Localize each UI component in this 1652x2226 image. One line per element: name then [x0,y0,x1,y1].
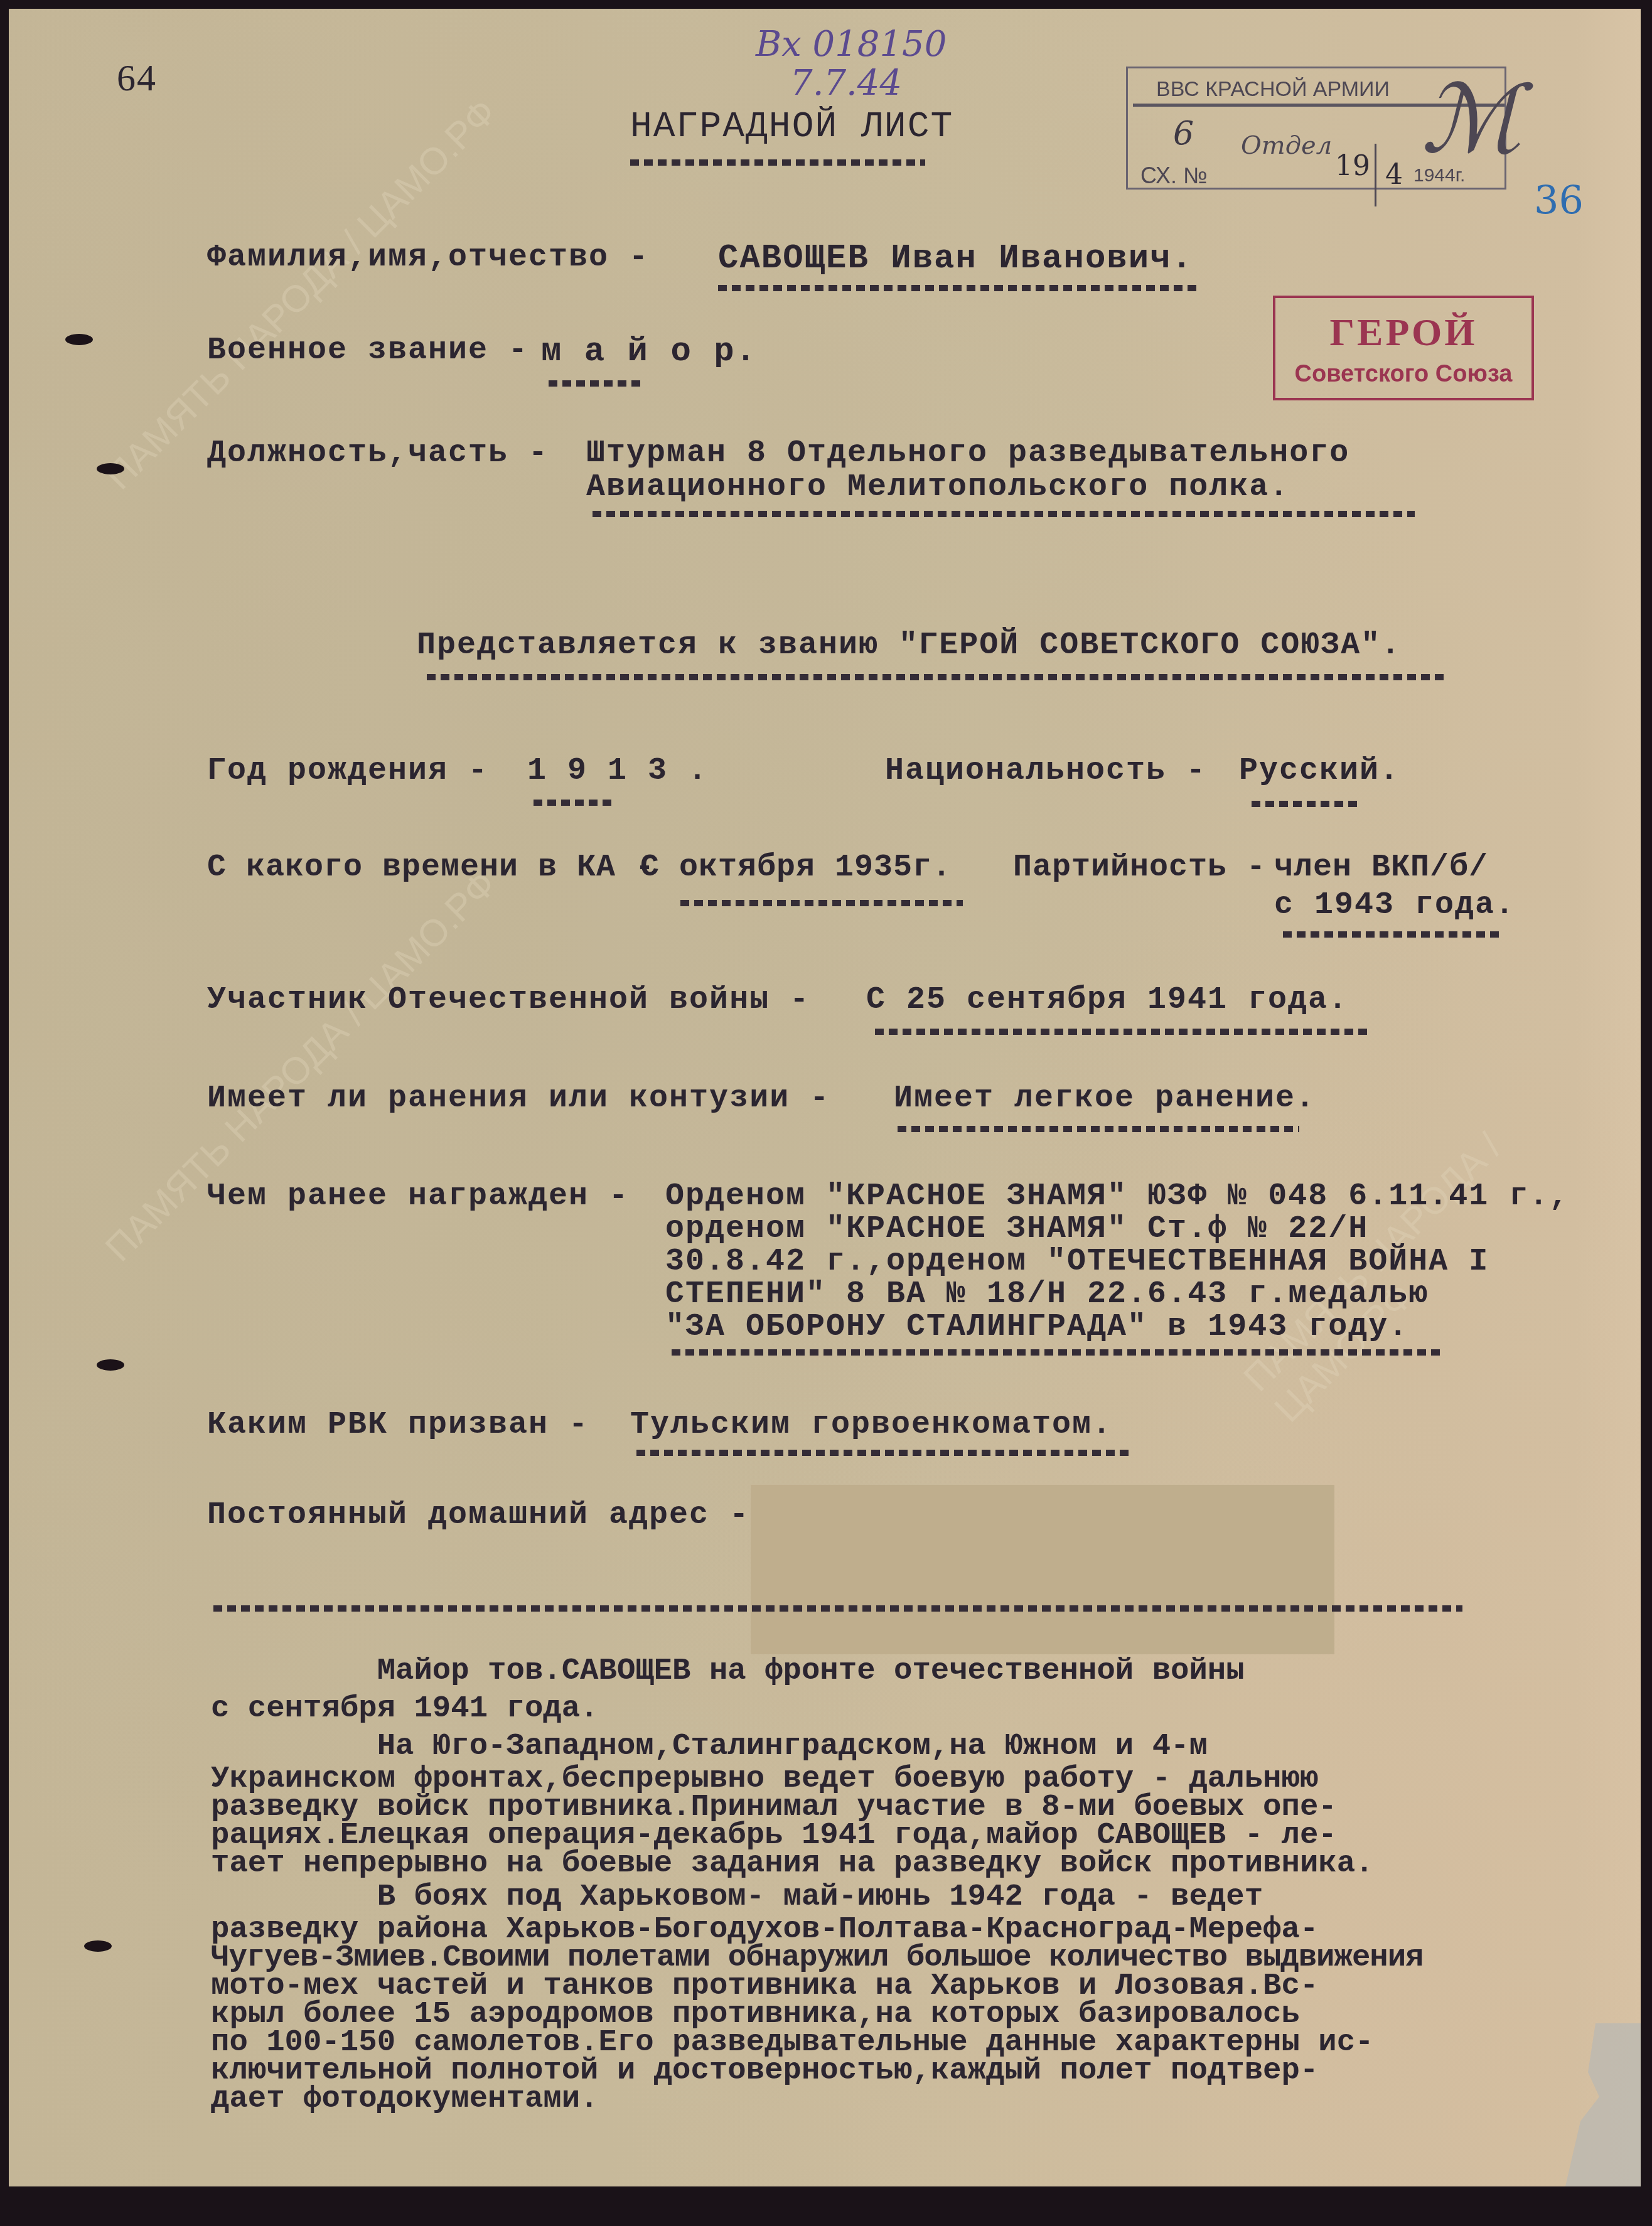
wounds-label: Имеет ли ранения или контузии - [207,1083,830,1115]
underline [213,1605,1462,1612]
narrative: Майор тов.САВОЩЕВ на фронте отечественно… [211,1652,1652,2113]
underline [1283,931,1503,938]
service-since-label: С какого времени в КА - [207,852,655,884]
underline [593,511,1415,517]
handwritten-signature: ℳ [1421,65,1521,174]
party-value: член ВКП/б/ [1274,852,1488,884]
awards-label: Чем ранее награжден - [207,1181,629,1212]
war-participant-label: Участник Отечественной войны - [207,985,810,1016]
narrative-line: дает фотодокументами. [211,2085,1652,2113]
underline [534,800,615,806]
underline [718,285,1201,291]
award-line: 30.8.42 г.,орденом "ОТЕЧЕСТВЕННАЯ ВОЙНА … [665,1246,1569,1279]
underline [680,900,963,906]
address-label: Постоянный домашний адрес - [207,1500,749,1531]
hero-stamp: ГЕРОЙ Советского Союза [1273,296,1534,400]
narrative-line: На Юго-Западном,Сталинградском,на Южном … [211,1727,1652,1765]
field-label-name: Фамилия,имя,отчество - [207,242,649,274]
draft-label: Каким РВК призван - [207,1410,589,1441]
page-number: 64 [117,59,157,97]
nationality-label: Национальность - [885,756,1206,787]
punch-hole [65,334,93,345]
document-title: НАГРАДНОЙ ЛИСТ [630,109,953,146]
stamp-incoming-label: СХ. № [1140,163,1208,189]
underline [875,1029,1371,1035]
stamp-date-divider [1375,144,1376,206]
narrative-line: тает непрерывно на боевые задания на раз… [211,1849,1652,1878]
party-label: Партийность - [1013,852,1266,884]
underline [672,1349,1444,1356]
narrative-line: Майор тов.САВОЩЕВ на фронте отечественно… [211,1652,1652,1689]
punch-hole [84,1940,112,1952]
draft-value: Тульским горвоенкоматом. [630,1410,1112,1441]
stamp-department-label: Отдел [1241,131,1332,160]
incoming-number: Вх 018150 [756,24,947,65]
underline [636,1450,1132,1456]
hero-stamp-line2: Советского Союза [1275,361,1531,388]
birth-year-label: Год рождения - [207,756,488,787]
stamp-org: ВВС КРАСНОЙ АРМИИ [1156,77,1390,102]
field-label-rank: Военное звание - [207,335,528,367]
awards-list: Орденом "КРАСНОЕ ЗНАМЯ" ЮЗФ № 048 6.11.4… [665,1181,1569,1344]
war-participant-value: С 25 сентября 1941 года. [866,985,1348,1016]
punch-hole [97,463,124,474]
service-since-value: С октября 1935г. [640,852,952,884]
field-value-rank: м а й о р. [541,335,757,369]
birth-year-value: 1 9 1 3 . [527,756,708,787]
stamp-month: 4 [1385,159,1403,191]
incoming-date: 7.7.44 [790,63,902,104]
address-redaction [751,1485,1334,1654]
narrative-line: В боях под Харьковом- май-июнь 1942 года… [211,1878,1652,1915]
field-label-position: Должность,часть - [207,438,549,469]
nationality-value: Русский. [1239,756,1400,787]
field-value-name: САВОЩЕВ Иван Иванович. [718,242,1193,276]
field-value-position: Штурман 8 Отдельного разведывательного [586,438,1349,469]
hero-stamp-line1: ГЕРОЙ [1275,311,1531,355]
award-line: СТЕПЕНИ" 8 ВА № 18/Н 22.6.43 г.медалью [665,1279,1569,1312]
underline [1252,801,1358,807]
underline [427,674,1444,680]
underline [630,159,925,166]
nomination-line: Представляется к званию "ГЕРОЙ СОВЕТСКОГ… [417,630,1401,661]
underline [549,380,643,387]
award-line: "ЗА ОБОРОНУ СТАЛИНГРАДА" в 1943 году. [665,1312,1569,1344]
wounds-value: Имеет легкое ранение. [894,1083,1316,1115]
award-line: орденом "КРАСНОЕ ЗНАМЯ" Ст.ф № 22/Н [665,1214,1569,1246]
punch-hole [97,1359,124,1371]
stamp-department-number: 6 [1173,115,1194,153]
field-value-position-line2: Авиационного Мелитопольского полка. [586,472,1289,503]
award-line: Орденом "КРАСНОЕ ЗНАМЯ" ЮЗФ № 048 6.11.4… [665,1181,1569,1214]
narrative-line: с сентября 1941 года. [211,1689,1652,1727]
stamp-day: 19 [1335,150,1370,182]
handwritten-sheet-number: 36 [1534,177,1584,223]
document-page: ПАМЯТЬ НАРОДА / ЦАМО.РФ ПАМЯТЬ НАРОДА / … [9,9,1641,2186]
party-value-line2: с 1943 года. [1274,890,1515,921]
underline [898,1126,1299,1132]
